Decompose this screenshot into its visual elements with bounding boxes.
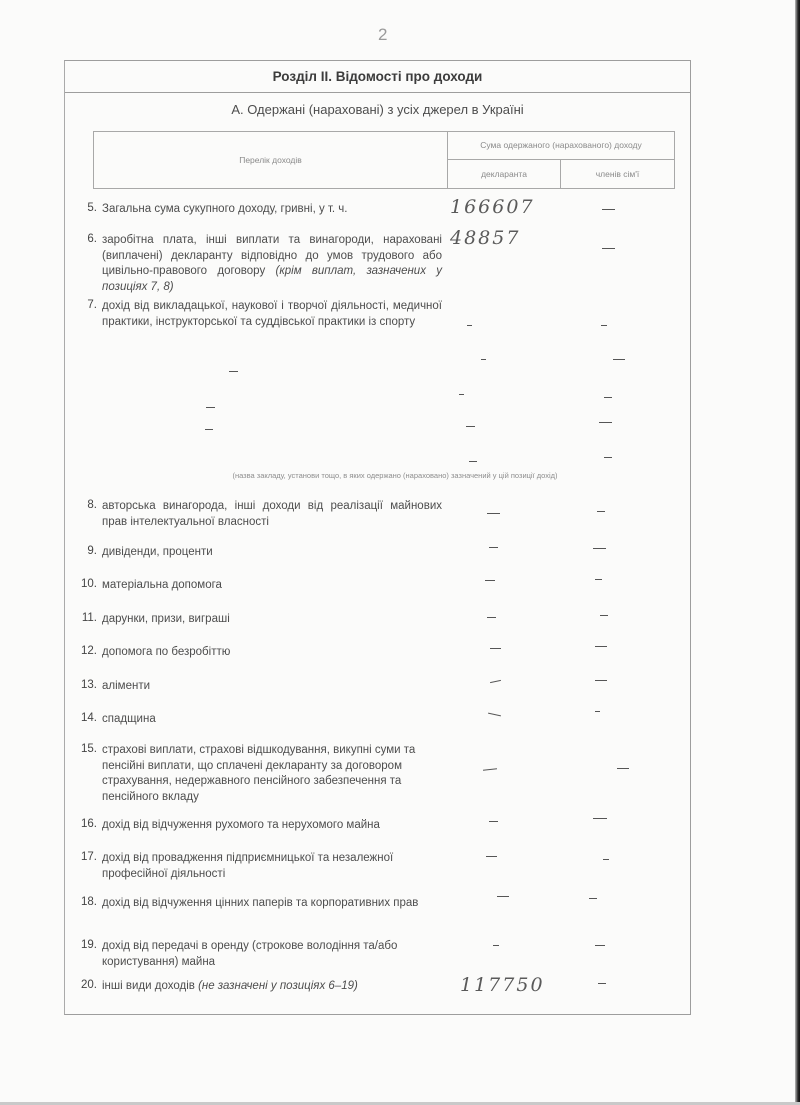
declarant-value-dash	[488, 713, 501, 717]
family-value-dash	[589, 898, 597, 899]
blank-line-dash	[481, 359, 486, 360]
row-number: 5.	[75, 202, 97, 214]
row-number: 17.	[75, 851, 97, 863]
table-header: Перелік доходів Сума одержаного (нарахов…	[93, 131, 675, 189]
row-label: Загальна сума сукупного доходу, гривні, …	[102, 202, 442, 218]
row-label: спадщина	[102, 712, 442, 728]
declarant-value-dash	[467, 325, 472, 326]
family-value-dash	[595, 680, 607, 681]
row-label: заробітна плата, інші виплати та винагор…	[102, 233, 442, 295]
blank-line-dash	[613, 359, 625, 360]
declarant-value-dash	[486, 856, 497, 857]
blank-line-dash	[599, 422, 612, 423]
declarant-value-dash	[487, 617, 496, 618]
header-income-list: Перелік доходів	[94, 132, 448, 188]
row-number: 6.	[75, 233, 97, 245]
blank-line-dash	[604, 457, 612, 458]
declarant-value-dash	[485, 580, 495, 581]
blank-line-dash	[205, 429, 213, 430]
row-label: дохід від відчуження цінних паперів та к…	[102, 896, 442, 912]
row-number: 14.	[75, 712, 97, 724]
declarant-value-dash	[489, 547, 498, 548]
section-title: Розділ II. Відомості про доходи	[65, 61, 690, 93]
declarant-value-dash	[483, 768, 497, 770]
scan-edge	[795, 0, 800, 1105]
declarant-value-dash	[489, 821, 498, 822]
row-label: авторська винагорода, інші доходи від ре…	[102, 499, 442, 530]
row-label: страхові виплати, страхові відшкодування…	[102, 743, 442, 805]
row-label: дохід від передачі в оренду (строкове во…	[102, 939, 442, 970]
row-number: 7.	[75, 299, 97, 311]
row-label: матеріальна допомога	[102, 578, 442, 594]
family-value-dash	[602, 209, 615, 210]
row-label-note: (не зазначені у позиціях 6–19)	[198, 980, 358, 992]
declarant-value: 117750	[460, 974, 570, 996]
row-label: допомога по безробіттю	[102, 645, 442, 661]
family-value-dash	[603, 859, 609, 860]
header-declarant: декларанта	[448, 160, 561, 188]
row-number: 8.	[75, 499, 97, 511]
row7-caption: (назва закладу, установи тощо, в яких од…	[180, 471, 610, 480]
family-value-dash	[595, 579, 602, 580]
row-number: 20.	[75, 979, 97, 991]
income-section-form: Розділ II. Відомості про доходи А. Одерж…	[64, 60, 691, 1015]
row-label-text: інші види доходів	[102, 980, 195, 992]
family-value-dash	[600, 615, 608, 616]
family-value-dash	[602, 248, 615, 249]
blank-line-dash	[604, 397, 612, 398]
family-value-dash	[595, 711, 600, 712]
subsection-title: А. Одержані (нараховані) з усіх джерел в…	[65, 102, 690, 117]
family-value-dash	[617, 768, 629, 769]
declarant-value: 166607	[450, 196, 560, 218]
family-value-dash	[597, 511, 605, 512]
row-number: 12.	[75, 645, 97, 657]
row-label: інші види доходів (не зазначені у позиці…	[102, 979, 442, 995]
family-value-dash	[601, 325, 607, 326]
header-family-members: членів сім'ї	[561, 160, 674, 188]
row-number: 19.	[75, 939, 97, 951]
blank-line-dash	[469, 461, 477, 462]
row-label: дохід від викладацької, наукової і творч…	[102, 299, 442, 330]
blank-line-dash	[466, 426, 475, 427]
blank-line-dash	[206, 407, 215, 408]
row-number: 16.	[75, 818, 97, 830]
page-number: 2	[378, 25, 387, 45]
row-label: дарунки, призи, виграші	[102, 612, 442, 628]
header-amount: Сума одержаного (нарахованого) доходу	[448, 132, 674, 160]
declarant-value-dash	[490, 648, 501, 649]
family-value-dash	[593, 818, 607, 819]
family-value-dash	[595, 945, 605, 946]
family-value-dash	[598, 983, 606, 984]
row-label: дохід від відчуження рухомого та нерухом…	[102, 818, 442, 834]
row-number: 13.	[75, 679, 97, 691]
declarant-value-dash	[490, 680, 501, 683]
blank-line-dash	[229, 371, 238, 372]
row-label: дивіденди, проценти	[102, 545, 442, 561]
row-number: 11.	[75, 612, 97, 624]
row-number: 18.	[75, 896, 97, 908]
row-number: 15.	[75, 743, 97, 755]
declarant-value: 48857	[450, 227, 560, 249]
row-number: 9.	[75, 545, 97, 557]
family-value-dash	[593, 548, 606, 549]
blank-line-dash	[459, 394, 464, 395]
declarant-value-dash	[493, 945, 499, 946]
row-label: аліменти	[102, 679, 442, 695]
declarant-value-dash	[497, 896, 509, 897]
row-label: дохід від провадження підприємницької та…	[102, 851, 442, 882]
family-value-dash	[595, 646, 607, 647]
declarant-value-dash	[487, 513, 500, 514]
row-number: 10.	[75, 578, 97, 590]
